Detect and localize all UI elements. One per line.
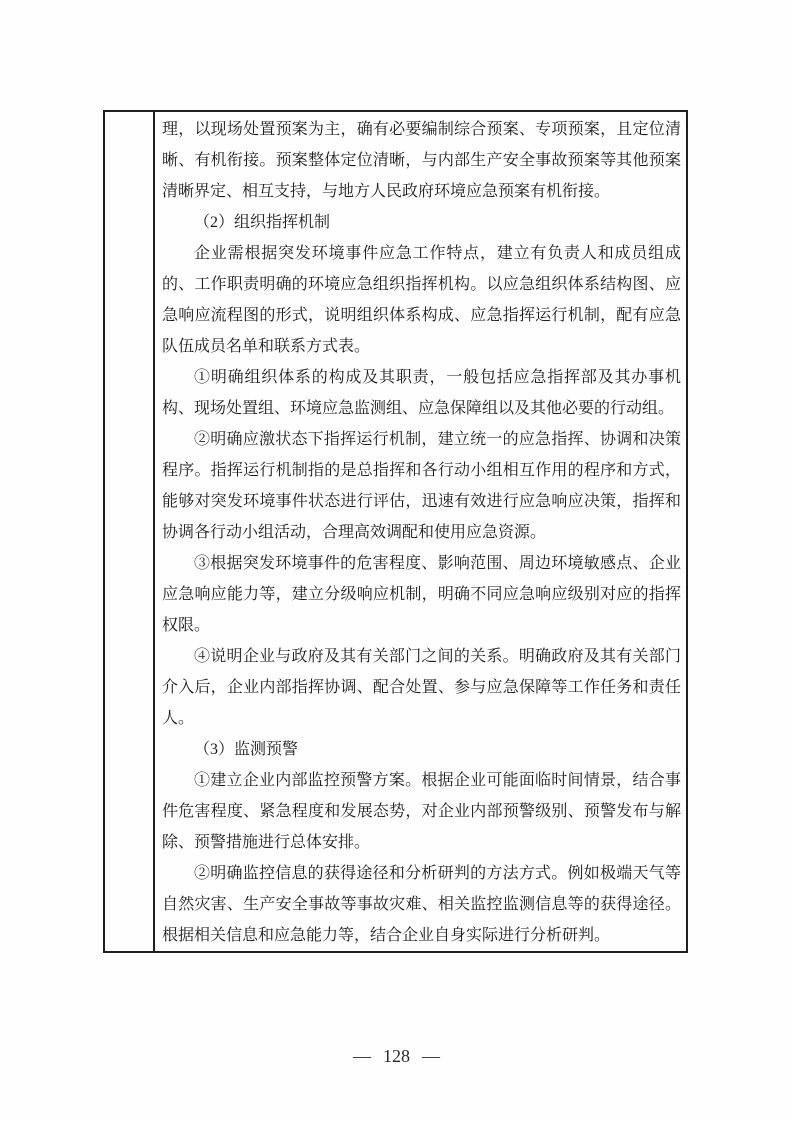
footer-left-dash: — (353, 1042, 371, 1070)
paragraph-item-1b: ①建立企业内部监控预警方案。根据企业可能面临时间情景，结合事件危害程度、紧急程度… (162, 765, 681, 858)
paragraph-item-1: ①明确组织体系的构成及其职责，一般包括应急指挥部及其办事机构、现场处置组、环境应… (162, 362, 681, 424)
document-page: 理，以现场处置预案为主，确有必要编制综合预案、专项预案，且定位清晰、有机衔接。预… (0, 0, 793, 1122)
paragraph-item-2: ②明确应激状态下指挥运行机制，建立统一的应急指挥、协调和决策程序。指挥运行机制指… (162, 424, 681, 548)
paragraph-item-2b: ②明确监控信息的获得途径和分析研判的方法方式。例如极端天气等自然灾害、生产安全事… (162, 858, 681, 951)
table-content-cell: 理，以现场处置预案为主，确有必要编制综合预案、专项预案，且定位清晰、有机衔接。预… (155, 112, 686, 951)
footer-right-dash: — (422, 1042, 440, 1070)
table-left-column (105, 112, 155, 951)
paragraph-item-3: ③根据突发环境事件的危害程度、影响范围、周边环境敏感点、企业应急响应能力等，建立… (162, 548, 681, 641)
paragraph-continuation: 理，以现场处置预案为主，确有必要编制综合预案、专项预案，且定位清晰、有机衔接。预… (162, 114, 681, 207)
page-footer: —128— (0, 1042, 793, 1070)
paragraph: 企业需根据突发环境事件应急工作特点，建立有负责人和成员组成的、工作职责明确的环境… (162, 238, 681, 362)
section-heading-3: （3）监测预警 (162, 734, 681, 765)
content-table: 理，以现场处置预案为主，确有必要编制综合预案、专项预案，且定位清晰、有机衔接。预… (103, 110, 688, 953)
section-heading-2: （2）组织指挥机制 (162, 207, 681, 238)
page-number: 128 (383, 1042, 410, 1070)
paragraph-item-4: ④说明企业与政府及其有关部门之间的关系。明确政府及其有关部门介入后，企业内部指挥… (162, 641, 681, 734)
